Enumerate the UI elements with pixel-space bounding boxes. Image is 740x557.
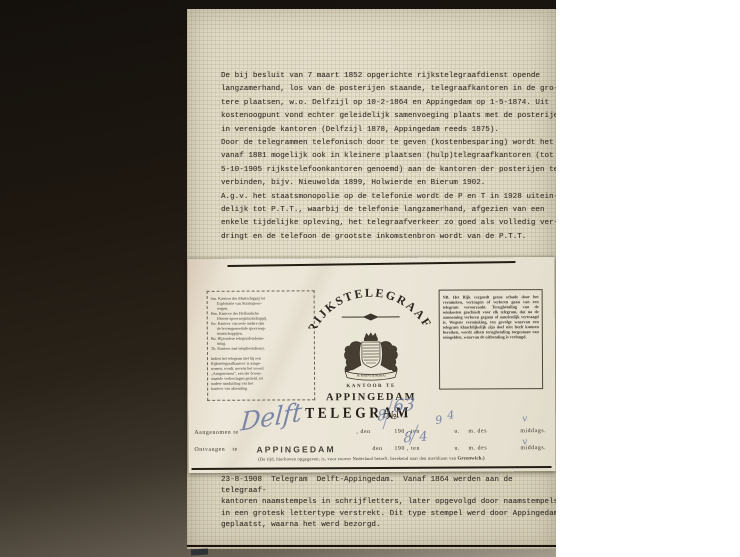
accepted-u-label: u. — [454, 429, 460, 435]
telegram-form: Sm. Kantoor der Maatschappij tot Exploit… — [187, 257, 555, 473]
nb-notice-box: NB. Het Rijk vergoedt geene schade door … — [439, 289, 544, 390]
received-label: Ontvangen — [194, 447, 225, 453]
intro-paragraph: De bij besluit van 7 maart 1852 opgerich… — [221, 70, 556, 244]
arc-title: RIJKSTELEGRAAF. — [308, 284, 434, 329]
office-stamp: APPINGEDAM — [256, 444, 335, 454]
motto-text: JE MAINTIENDRAI — [356, 374, 386, 378]
form-top-rule — [227, 261, 515, 267]
abbreviations-legend-box: Sm. Kantoor der Maatschappij tot Exploit… — [207, 290, 316, 401]
handwritten-time-mark: 4 — [447, 408, 455, 422]
form-bottom-rule — [192, 466, 552, 470]
screenshot-root: De bij besluit van 7 maart 1852 opgerich… — [0, 0, 740, 557]
handwritten-time-mark: 9 — [434, 413, 443, 427]
page-bottom-rule — [187, 545, 556, 547]
accepted-label: Aangenomen te — [194, 430, 238, 436]
received-te-label: te — [232, 447, 237, 453]
caption-paragraph: 23-8-1908 Telegram Delft-Appingedam. Van… — [221, 475, 556, 531]
album-page: De bij besluit van 7 maart 1852 opgerich… — [187, 7, 556, 549]
fine-print-line: (De tijd, hierboven opgegeven, is, voor … — [198, 455, 544, 463]
received-den-label: den — [372, 446, 382, 452]
arc-ornament-icon — [342, 313, 400, 320]
accepted-middags-label: middags. — [520, 428, 546, 434]
received-mdes-label: m. des — [468, 445, 487, 451]
fine-print-greenwich: Greenwich.) — [457, 456, 484, 461]
coat-of-arms-icon: JE MAINTIENDRAI — [335, 331, 407, 381]
received-middags-label: middags. — [520, 445, 546, 451]
handwritten-check-mark: v — [522, 414, 528, 424]
arc-title-text: RIJKSTELEGRAAF. — [308, 284, 434, 329]
handwritten-place: Delft — [239, 397, 303, 437]
accepted-den-label: , den — [356, 429, 370, 435]
photo-mat-chip — [191, 549, 208, 556]
form-letterhead: RIJKSTELEGRAAF. — [308, 284, 435, 415]
kantoor-te-label: KANTOOR TE — [308, 384, 434, 390]
received-year-label: 190 , ten — [394, 446, 420, 452]
photo-background: De bij besluit van 7 maart 1852 opgerich… — [0, 0, 556, 557]
fine-print-text: (De tijd, hierboven opgegeven, is, voor … — [258, 456, 457, 462]
handwritten-time-mark: 4 — [419, 429, 428, 445]
svg-text:RIJKSTELEGRAAF.: RIJKSTELEGRAAF. — [308, 284, 434, 329]
received-u-label: u. — [454, 446, 460, 452]
accepted-mdes-label: m. des — [468, 428, 487, 434]
office-name-header: APPINGEDAM — [308, 392, 434, 404]
